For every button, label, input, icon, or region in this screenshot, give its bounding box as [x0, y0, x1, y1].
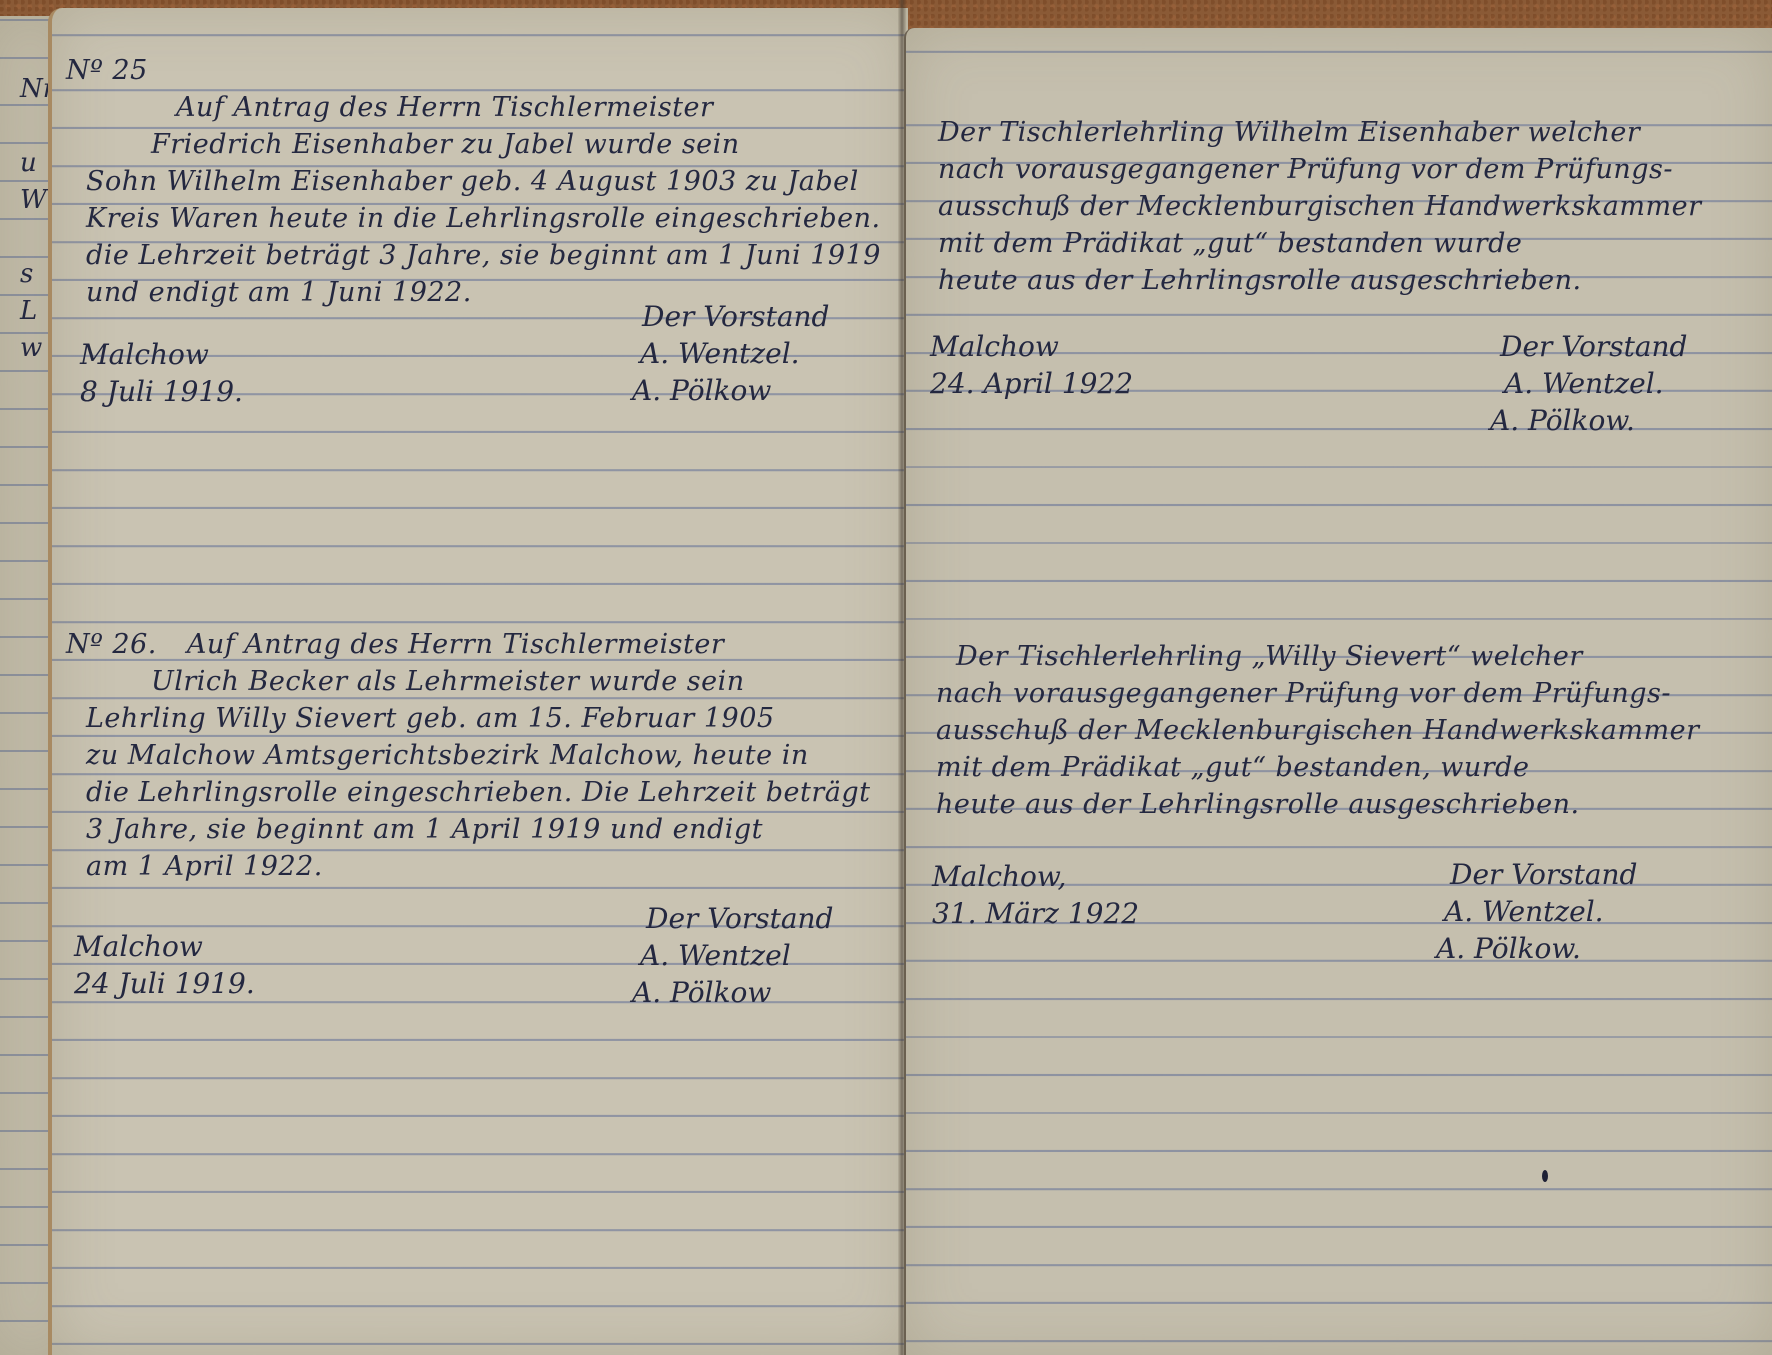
entry-number: Nº 26. [66, 629, 157, 660]
margin-mark: Nr [20, 71, 50, 108]
entry-26: Nº 26.Auf Antrag des Herrn Tischlermeist… [66, 626, 871, 885]
place: Malchow, [932, 858, 1139, 895]
signature-title: Der Vorstand [632, 900, 833, 937]
entry-line: Friedrich Eisenhaber zu Jabel wurde sein [66, 126, 881, 163]
entry-line: Auf Antrag des Herrn Tischlermeister [187, 629, 724, 660]
left-page: Nº 25 Auf Antrag des Herrn Tischlermeist… [48, 8, 908, 1355]
entry-line: Sohn Wilhelm Eisenhaber geb. 4 August 19… [66, 163, 881, 200]
entry-line: mit dem Prädikat „gut“ bestanden, wurde [936, 749, 1699, 786]
margin-mark: L [20, 293, 50, 330]
entry-26-place-date: Malchow 24 Juli 1919. [74, 928, 255, 1002]
date: 24. April 1922 [930, 365, 1133, 402]
signature-name: A. Wentzel. [632, 335, 829, 372]
entry-line: Lehrling Willy Sievert geb. am 15. Febru… [66, 700, 871, 737]
signature-title: Der Vorstand [632, 298, 829, 335]
entry-26-completion: Der Tischlerlehrling „Willy Sievert“ wel… [936, 638, 1699, 823]
margin-mark: s [20, 256, 50, 293]
place: Malchow [74, 928, 255, 965]
date: 31. März 1922 [932, 895, 1139, 932]
entry-25-place-date: Malchow 8 Juli 1919. [80, 336, 243, 410]
entry-26-completion-place-date: Malchow, 31. März 1922 [932, 858, 1139, 932]
right-page: Der Tischlerlehrling Wilhelm Eisenhaber … [904, 28, 1772, 1355]
signature-name: A. Pölkow. [1490, 402, 1687, 439]
signature-name: A. Wentzel [632, 937, 833, 974]
margin-mark: u [20, 145, 50, 182]
entry-line: die Lehrlingsrolle eingeschrieben. Die L… [66, 774, 871, 811]
signature-name: A. Pölkow [632, 974, 833, 1011]
entry-line: heute aus der Lehrlingsrolle ausgeschrie… [936, 786, 1699, 823]
place: Malchow [930, 328, 1133, 365]
entry-line: die Lehrzeit beträgt 3 Jahre, sie beginn… [66, 237, 881, 274]
entry-line: ausschuß der Mecklenburgischen Handwerks… [936, 712, 1699, 749]
signature-name: A. Pölkow [632, 372, 829, 409]
date: 8 Juli 1919. [80, 373, 243, 410]
entry-26-signature: Der Vorstand A. Wentzel A. Pölkow [632, 900, 833, 1011]
margin-mark: W [20, 182, 50, 219]
entry-25-signature: Der Vorstand A. Wentzel. A. Pölkow [632, 298, 829, 409]
signature-title: Der Vorstand [1490, 328, 1687, 365]
signature-name: A. Wentzel. [1490, 365, 1687, 402]
signature-name: A. Pölkow. [1436, 930, 1637, 967]
entry-line: ausschuß der Mecklenburgischen Handwerks… [938, 188, 1701, 225]
signature-title: Der Vorstand [1436, 856, 1637, 893]
entry-line: Kreis Waren heute in die Lehrlingsrolle … [66, 200, 881, 237]
entry-25-completion: Der Tischlerlehrling Wilhelm Eisenhaber … [938, 114, 1701, 299]
entry-line: Der Tischlerlehrling Wilhelm Eisenhaber … [938, 114, 1701, 151]
date: 24 Juli 1919. [74, 965, 255, 1002]
margin-mark: w [20, 330, 50, 367]
entry-number: Nº 25 [66, 55, 148, 86]
entry-line: Der Tischlerlehrling „Willy Sievert“ wel… [936, 638, 1699, 675]
entry-26-completion-signature: Der Vorstand A. Wentzel. A. Pölkow. [1436, 856, 1637, 967]
entry-line: Auf Antrag des Herrn Tischlermeister [66, 89, 881, 126]
entry-line: am 1 April 1922. [66, 848, 871, 885]
entry-line: 3 Jahre, sie beginnt am 1 April 1919 und… [66, 811, 871, 848]
signature-name: A. Wentzel. [1436, 893, 1637, 930]
entry-line: zu Malchow Amtsgerichtsbezirk Malchow, h… [66, 737, 871, 774]
entry-25: Nº 25 Auf Antrag des Herrn Tischlermeist… [66, 52, 881, 311]
entry-line: mit dem Prädikat „gut“ bestanden wurde [938, 225, 1701, 262]
ink-blot [1542, 1170, 1548, 1182]
entry-25-completion-place-date: Malchow 24. April 1922 [930, 328, 1133, 402]
entry-line: heute aus der Lehrlingsrolle ausgeschrie… [938, 262, 1701, 299]
margin-marks: Nr u W s L w [20, 71, 50, 367]
entry-line: nach vorausgegangener Prüfung vor dem Pr… [936, 675, 1699, 712]
entry-line: Ulrich Becker als Lehrmeister wurde sein [66, 663, 871, 700]
place: Malchow [80, 336, 243, 373]
open-ledger: Nr u W s L w Nº 25 Auf Antrag des Herrn … [0, 0, 1772, 1355]
entry-line: nach vorausgegangener Prüfung vor dem Pr… [938, 151, 1701, 188]
entry-25-completion-signature: Der Vorstand A. Wentzel. A. Pölkow. [1490, 328, 1687, 439]
